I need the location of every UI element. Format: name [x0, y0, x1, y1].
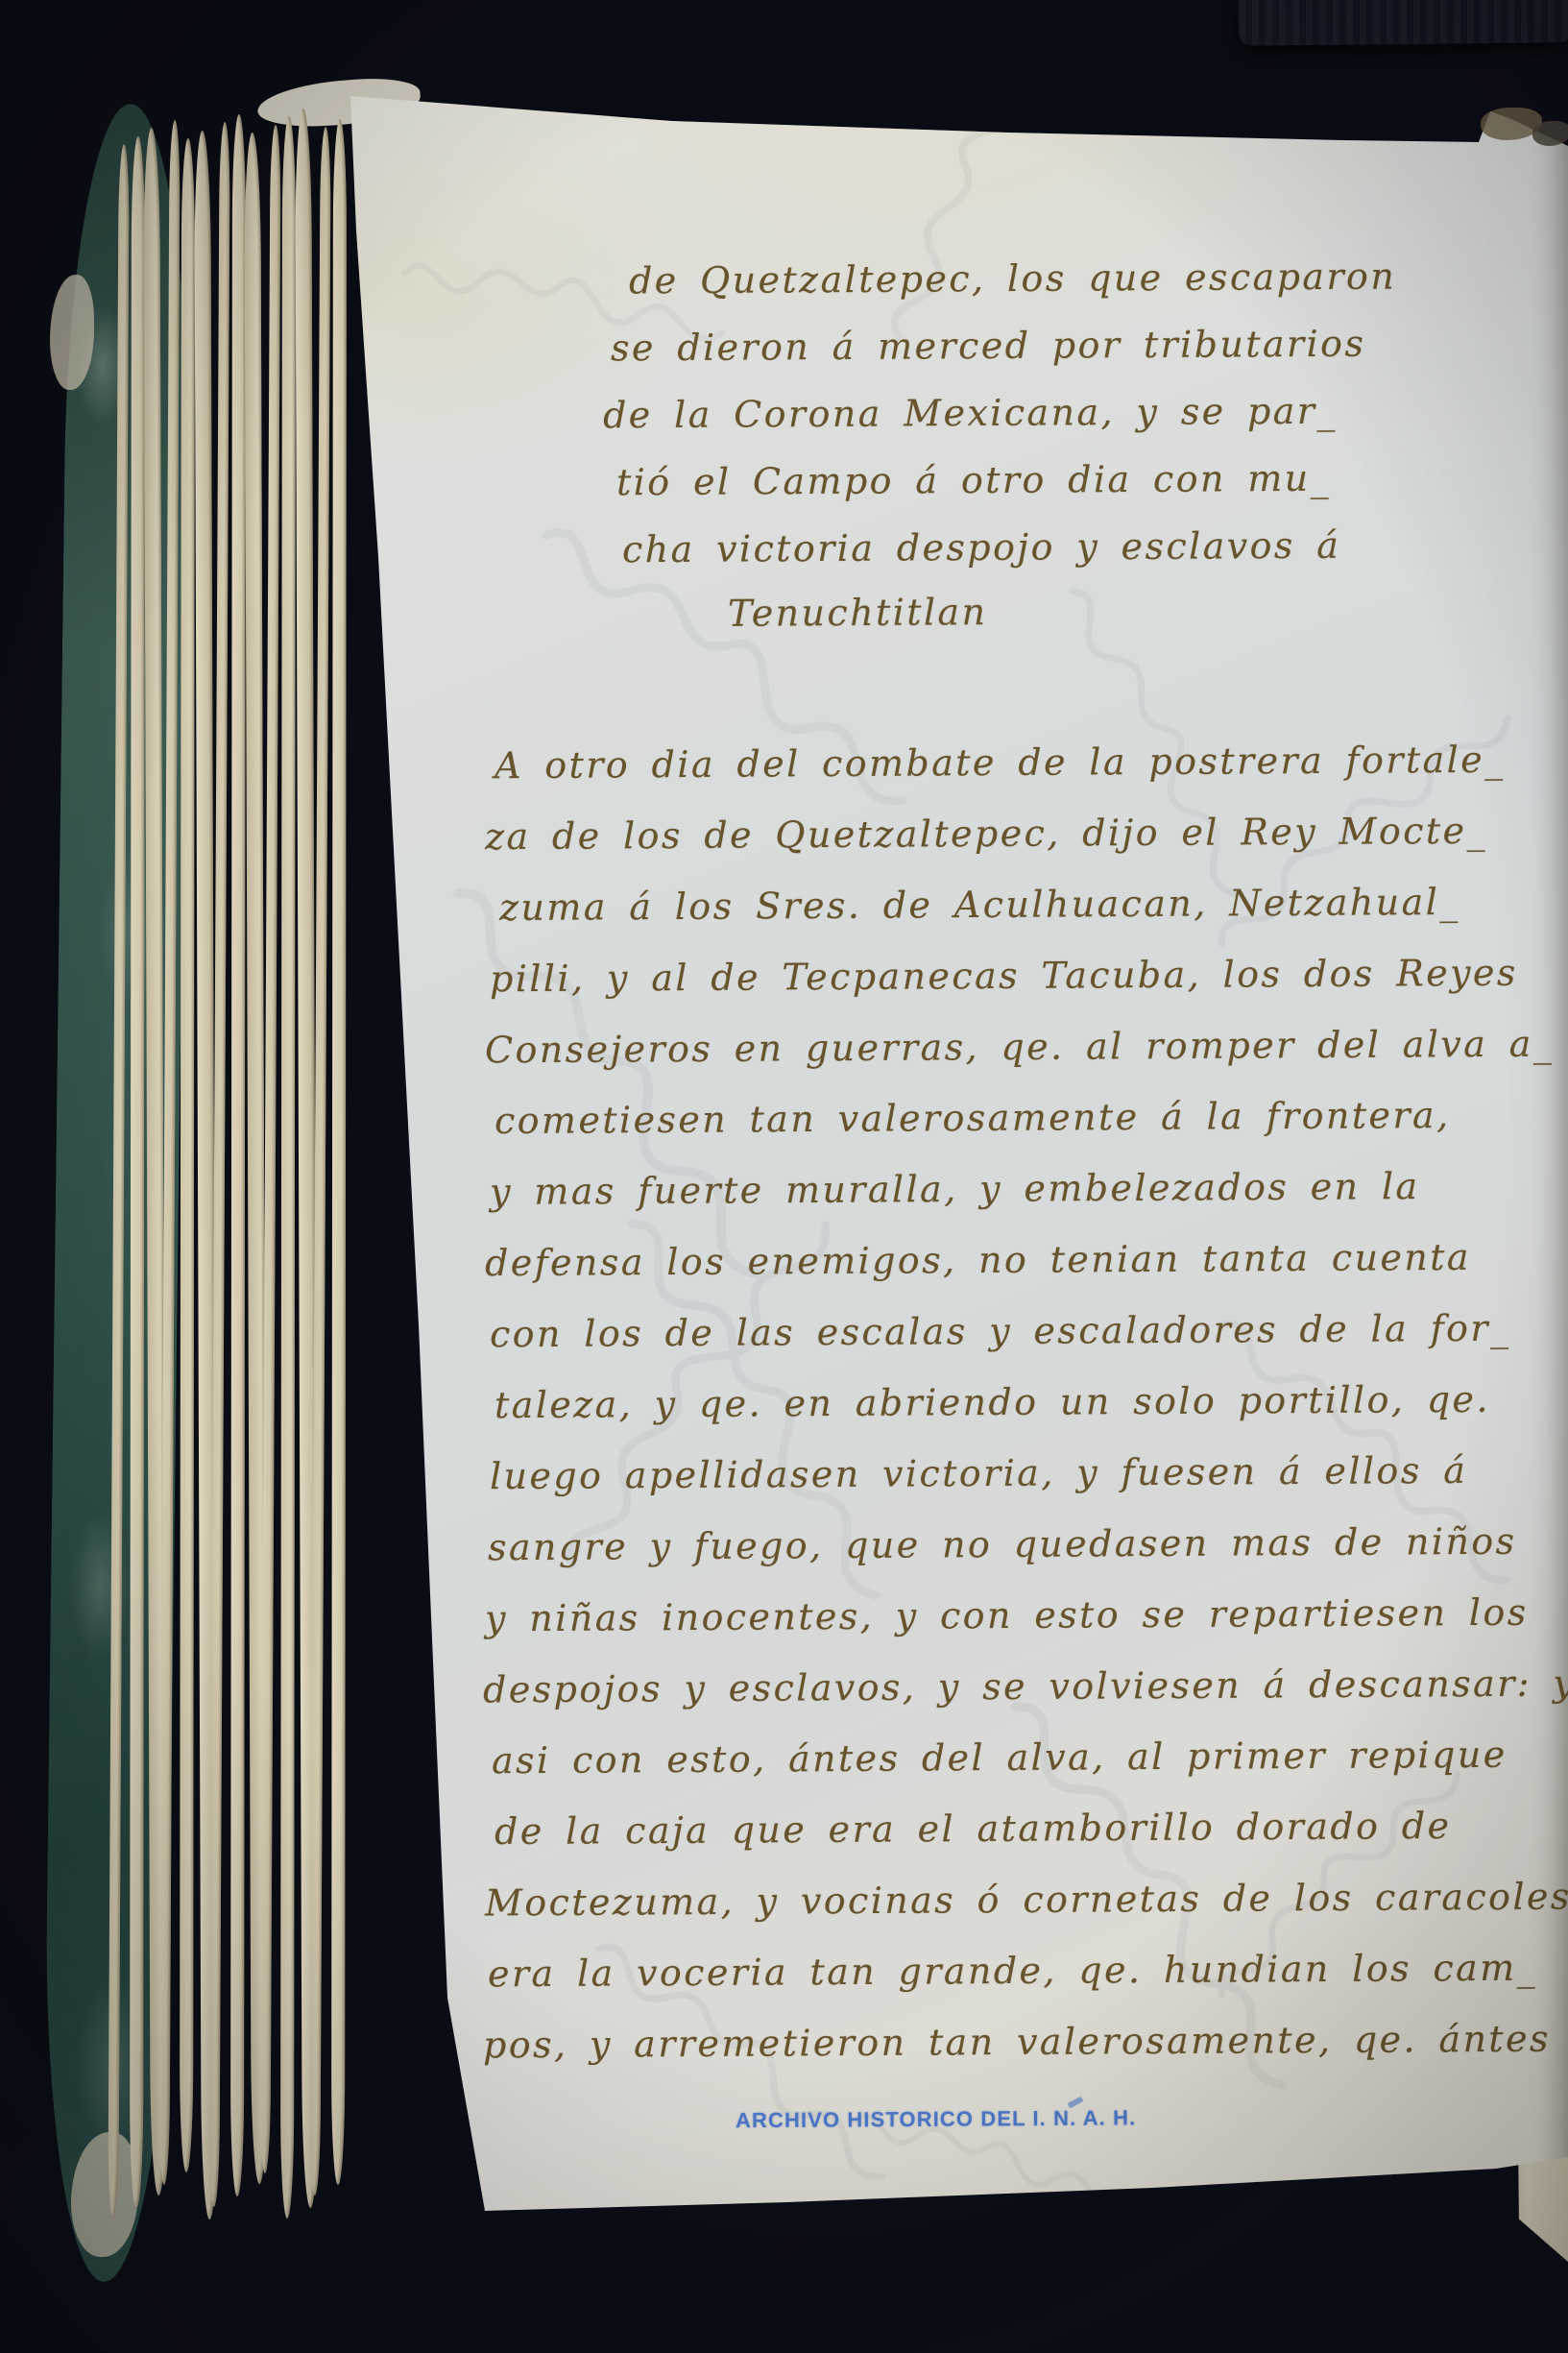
manuscript-line: luego apellidasen victoria, y fuesen á e…	[490, 1449, 1467, 1497]
manuscript-line: zuma á los Sres. de Aculhuacan, Netzahua…	[499, 881, 1460, 929]
manuscript-line: Moctezuma, y vocinas ó cornetas de los c…	[485, 1876, 1568, 1925]
manuscript-line: za de los de Quetzaltepec, dijo el Rey M…	[485, 810, 1487, 858]
manuscript-line: y mas fuerte muralla, y embelezados en l…	[490, 1165, 1420, 1213]
manuscript-line: cometiesen tan valerosamente á la fronte…	[495, 1094, 1451, 1142]
manuscript-line: se dieron á merced por tributarios	[611, 323, 1366, 370]
manuscript-line: asi con esto, ántes del alva, al primer …	[492, 1734, 1508, 1782]
manuscript-line: de Quetzaltepec, los que escaparon	[629, 255, 1396, 303]
archival-photo: 246. de Quetzaltepec, los que escaparons…	[0, 0, 1568, 2353]
manuscript-line: con los de las escalas y escaladores de …	[490, 1307, 1511, 1355]
manuscript-line: tió el Campo á otro dia con mu_	[616, 457, 1331, 504]
manuscript-line: A otro dia del combate de la postrera fo…	[495, 739, 1506, 787]
manuscript-line: defensa los enemigos, no tenian tanta cu…	[485, 1236, 1471, 1284]
manuscript-line: y niñas inocentes, y con esto se reparti…	[485, 1591, 1529, 1640]
page-edge	[230, 113, 246, 2195]
manuscript-line: despojos y esclavos, y se volviesen á de…	[483, 1662, 1568, 1711]
page-edge	[331, 118, 347, 2184]
page-edge	[280, 116, 296, 2219]
manuscript-line: sangre y fuego, que no quedasen mas de n…	[488, 1520, 1517, 1569]
page-edge	[130, 135, 145, 2207]
manuscript-line: taleza, y qe. en abriendo un solo portil…	[495, 1378, 1490, 1426]
manuscript-line: de la caja que era el atamborillo dorado…	[495, 1805, 1452, 1853]
manuscript-line: de la Corona Mexicana, y se par_	[603, 390, 1338, 437]
manuscript-line: Tenuchtitlan	[728, 591, 988, 635]
archive-stamp: ARCHIVO HISTORICO DEL I. N. A. H.	[736, 2106, 1091, 2134]
manuscript-line: Consejeros en guerras, qe. al romper del…	[485, 1023, 1554, 1072]
book-headband-cloth	[1239, 0, 1568, 46]
manuscript-line: pos, y arremetieron tan valerosamente, q…	[483, 2018, 1551, 2067]
page-edge	[180, 138, 195, 2172]
manuscript-line: pilli, y al de Tecpanecas Tacuba, los do…	[490, 952, 1518, 1001]
manuscript-line: era la voceria tan grande, qe. hundian l…	[488, 1947, 1537, 1996]
manuscript-line: cha victoria despojo y esclavos á	[622, 524, 1341, 571]
torn-corner-debris	[1532, 121, 1568, 146]
